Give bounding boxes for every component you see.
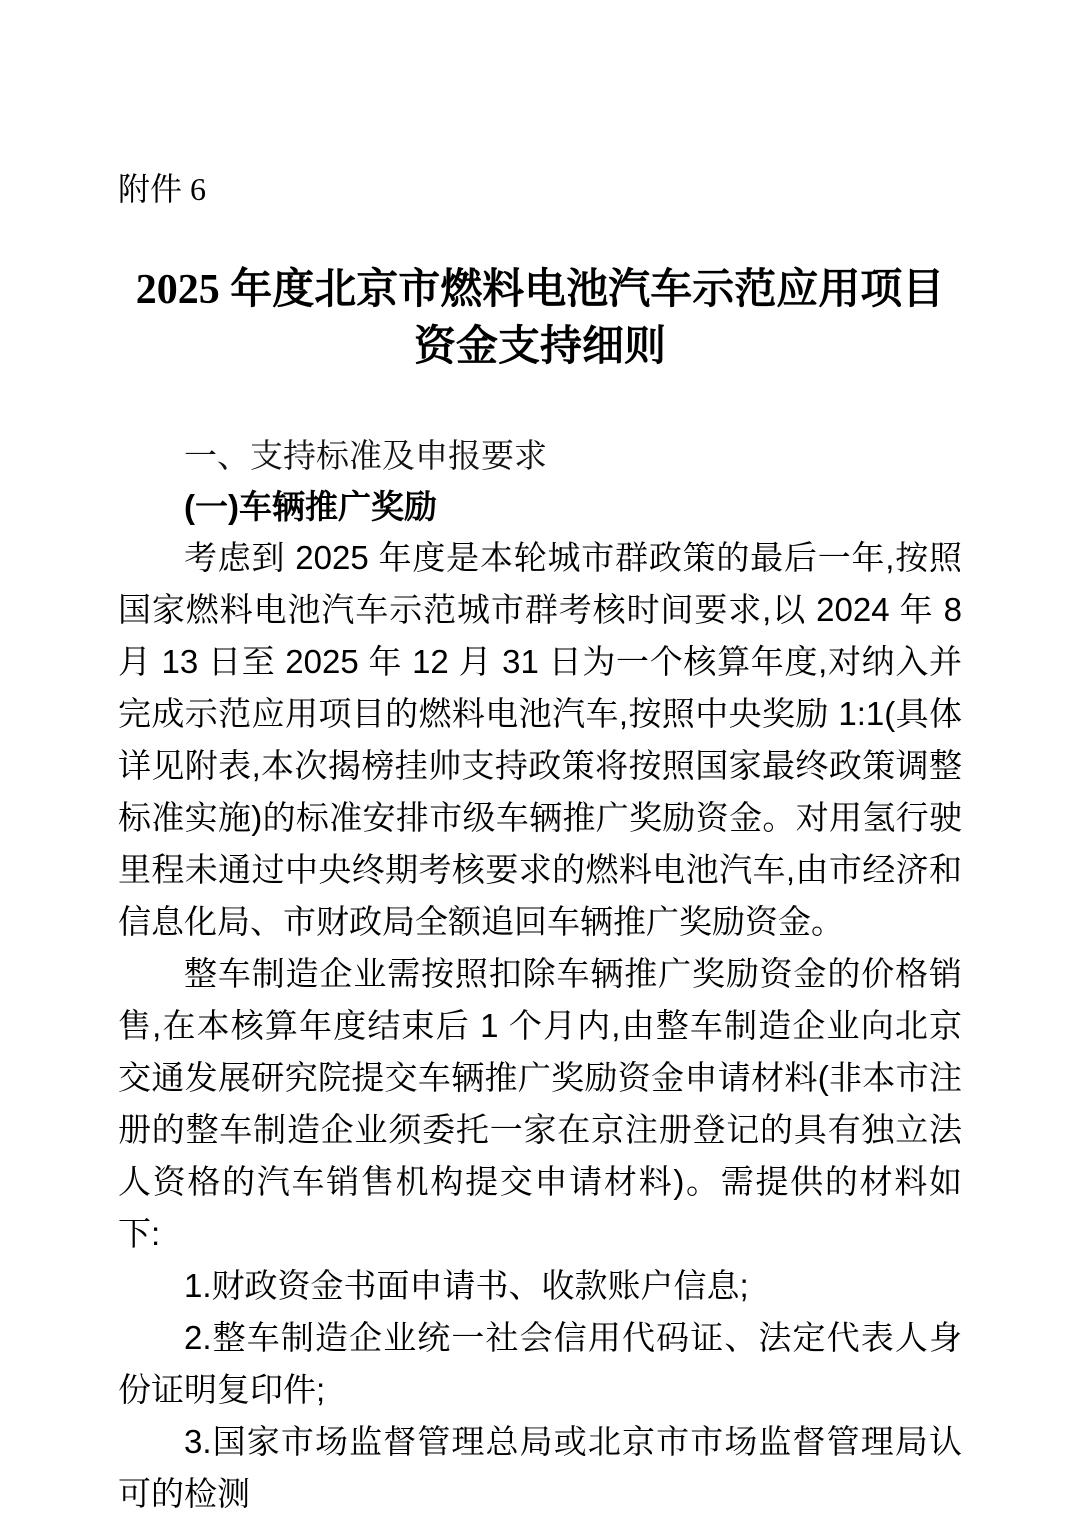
list-item-1: 1.财政资金书面申请书、收款账户信息; <box>118 1260 962 1312</box>
title-line-1: 2025 年度北京市燃料电池汽车示范应用项目 <box>118 262 962 319</box>
subsection-heading: (一)车辆推广奖励 <box>118 482 962 532</box>
section-heading: 一、支持标准及申报要求 <box>118 432 962 482</box>
list-item-2: 2.整车制造企业统一社会信用代码证、法定代表人身份证明复印件; <box>118 1312 962 1416</box>
paragraph-application-process: 整车制造企业需按照扣除车辆推广奖励资金的价格销售,在本核算年度结束后 1 个月内… <box>118 948 962 1260</box>
list-item-3: 3.国家市场监督管理总局或北京市市场监督管理局认可的检测 <box>118 1416 962 1520</box>
document-page: 附件 6 2025 年度北京市燃料电池汽车示范应用项目 资金支持细则 一、支持标… <box>0 0 1080 1528</box>
attachment-label: 附件 6 <box>118 168 962 210</box>
title-line-2: 资金支持细则 <box>118 319 962 376</box>
paragraph-vehicle-reward-policy: 考虑到 2025 年度是本轮城市群政策的最后一年,按照国家燃料电池汽车示范城市群… <box>118 532 962 948</box>
document-title: 2025 年度北京市燃料电池汽车示范应用项目 资金支持细则 <box>118 262 962 376</box>
document-body: 考虑到 2025 年度是本轮城市群政策的最后一年,按照国家燃料电池汽车示范城市群… <box>118 532 962 1520</box>
